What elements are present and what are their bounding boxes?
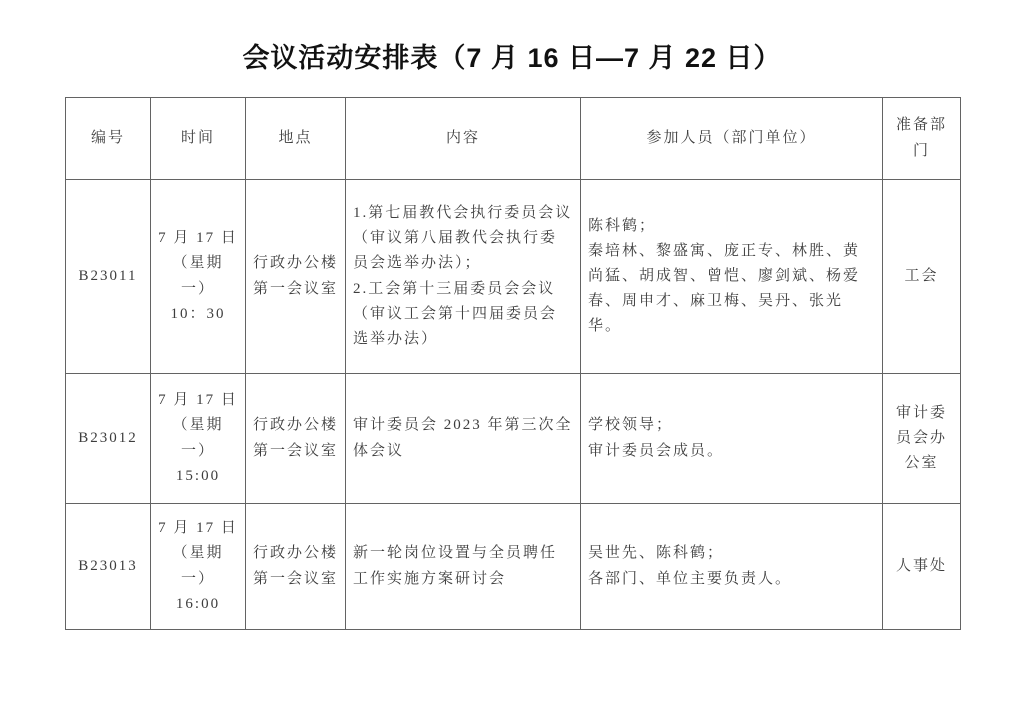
header-id: 编号 <box>66 98 151 180</box>
cell-id: B23012 <box>66 374 151 504</box>
header-location: 地点 <box>246 98 346 180</box>
cell-id: B23013 <box>66 504 151 630</box>
schedule-table: 编号 时间 地点 内容 参加人员（部门单位） 准备部门 B23011 7 月 1… <box>65 97 961 630</box>
cell-department: 人事处 <box>883 504 961 630</box>
cell-department: 工会 <box>883 180 961 374</box>
table-row: B23013 7 月 17 日 （星期一） 16:00 行政办公楼第一会议室 新… <box>66 504 961 630</box>
page-title: 会议活动安排表（7 月 16 日—7 月 22 日） <box>0 36 1024 75</box>
header-participants: 参加人员（部门单位） <box>581 98 883 180</box>
cell-location: 行政办公楼第一会议室 <box>246 180 346 374</box>
cell-location: 行政办公楼第一会议室 <box>246 504 346 630</box>
table-row: B23012 7 月 17 日 （星期一） 15:00 行政办公楼第一会议室 审… <box>66 374 961 504</box>
cell-time: 7 月 17 日 （星期一） 10：30 <box>151 180 246 374</box>
cell-department: 审计委员会办公室 <box>883 374 961 504</box>
header-department: 准备部门 <box>883 98 961 180</box>
cell-participants: 陈科鹤； 秦培林、黎盛寓、庞正专、林胜、黄尚猛、胡成智、曾恺、廖剑斌、杨爱春、周… <box>581 180 883 374</box>
table-header-row: 编号 时间 地点 内容 参加人员（部门单位） 准备部门 <box>66 98 961 180</box>
document-page: 会议活动安排表（7 月 16 日—7 月 22 日） 编号 时间 地点 内容 参… <box>0 0 1024 723</box>
cell-content: 审计委员会 2023 年第三次全体会议 <box>346 374 581 504</box>
header-time: 时间 <box>151 98 246 180</box>
cell-content: 新一轮岗位设置与全员聘任工作实施方案研讨会 <box>346 504 581 630</box>
cell-participants: 学校领导； 审计委员会成员。 <box>581 374 883 504</box>
table-row: B23011 7 月 17 日 （星期一） 10：30 行政办公楼第一会议室 1… <box>66 180 961 374</box>
cell-id: B23011 <box>66 180 151 374</box>
header-content: 内容 <box>346 98 581 180</box>
cell-time: 7 月 17 日 （星期一） 15:00 <box>151 374 246 504</box>
cell-participants: 吴世先、陈科鹤； 各部门、单位主要负责人。 <box>581 504 883 630</box>
cell-location: 行政办公楼第一会议室 <box>246 374 346 504</box>
cell-time: 7 月 17 日 （星期一） 16:00 <box>151 504 246 630</box>
cell-content: 1.第七届教代会执行委员会议（审议第八届教代会执行委员会选举办法）； 2.工会第… <box>346 180 581 374</box>
